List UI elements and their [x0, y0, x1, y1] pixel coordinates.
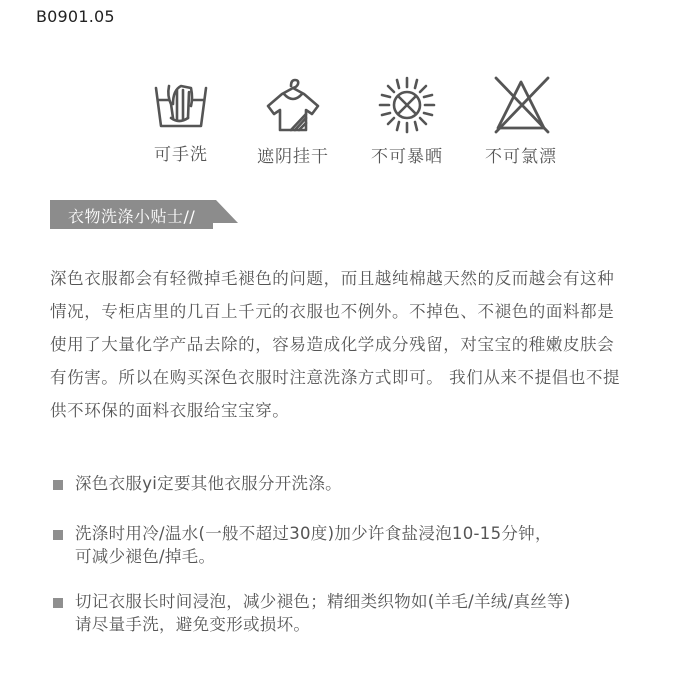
- no-bleach-icon: [490, 76, 552, 134]
- intro-line: 供不环保的面料衣服给宝宝穿。: [50, 394, 680, 427]
- care-label-no-sun-dry: 不可暴晒: [352, 142, 462, 167]
- section-title: 衣物洗涤小贴士//: [68, 204, 195, 227]
- intro-line: 有伤害。所以在购买深色衣服时注意洗涤方式即可。 我们从来不提倡也不提: [50, 361, 680, 394]
- intro-line: 情况，专柜店里的几百上千元的衣服也不例外。不掉色、不褪色的面料都是: [50, 295, 680, 328]
- no-sun-dry-icon: [378, 76, 436, 134]
- care-instructions: 可手洗 遮阴挂干 不可暴晒: [0, 76, 700, 171]
- intro-line: 深色衣服都会有轻微掉毛褪色的问题，而且越纯棉越天然的反而越会有这种: [50, 262, 680, 295]
- shade-hang-dry-icon: [262, 76, 324, 134]
- care-label-shade-hang-dry: 遮阴挂干: [238, 142, 348, 167]
- care-item-hand-wash: 可手洗: [126, 76, 236, 165]
- hand-wash-icon: [151, 76, 211, 132]
- care-item-no-sun-dry: 不可暴晒: [352, 76, 462, 167]
- care-item-shade-hang-dry: 遮阴挂干: [238, 76, 348, 167]
- intro-line: 使用了大量化学产品去除的，容易造成化学成分残留，对宝宝的稚嫩皮肤会: [50, 328, 680, 361]
- tip-line: 请尽量手洗，避免变形或损坏。: [75, 613, 571, 636]
- care-label-hand-wash: 可手洗: [126, 140, 236, 165]
- product-code: B0901.05: [36, 7, 115, 26]
- section-banner: 衣物洗涤小贴士//: [50, 200, 238, 229]
- square-bullet-icon: [53, 598, 63, 608]
- tip-line: 深色衣服yi定要其他衣服分开洗涤。: [75, 472, 342, 495]
- tip-line: 洗涤时用冷/温水(一般不超过30度)加少许食盐浸泡10-15分钟，: [75, 522, 552, 545]
- care-item-no-bleach: 不可氯漂: [466, 76, 576, 167]
- tip-line: 切记衣服长时间浸泡，减少褪色；精细类织物如(羊毛/羊绒/真丝等): [75, 590, 571, 613]
- tip-line: 可减少褪色/掉毛。: [75, 545, 552, 568]
- square-bullet-icon: [53, 530, 63, 540]
- intro-paragraph: 深色衣服都会有轻微掉毛褪色的问题，而且越纯棉越天然的反而越会有这种 情况，专柜店…: [50, 262, 680, 427]
- care-label-no-bleach: 不可氯漂: [466, 142, 576, 167]
- square-bullet-icon: [53, 480, 63, 490]
